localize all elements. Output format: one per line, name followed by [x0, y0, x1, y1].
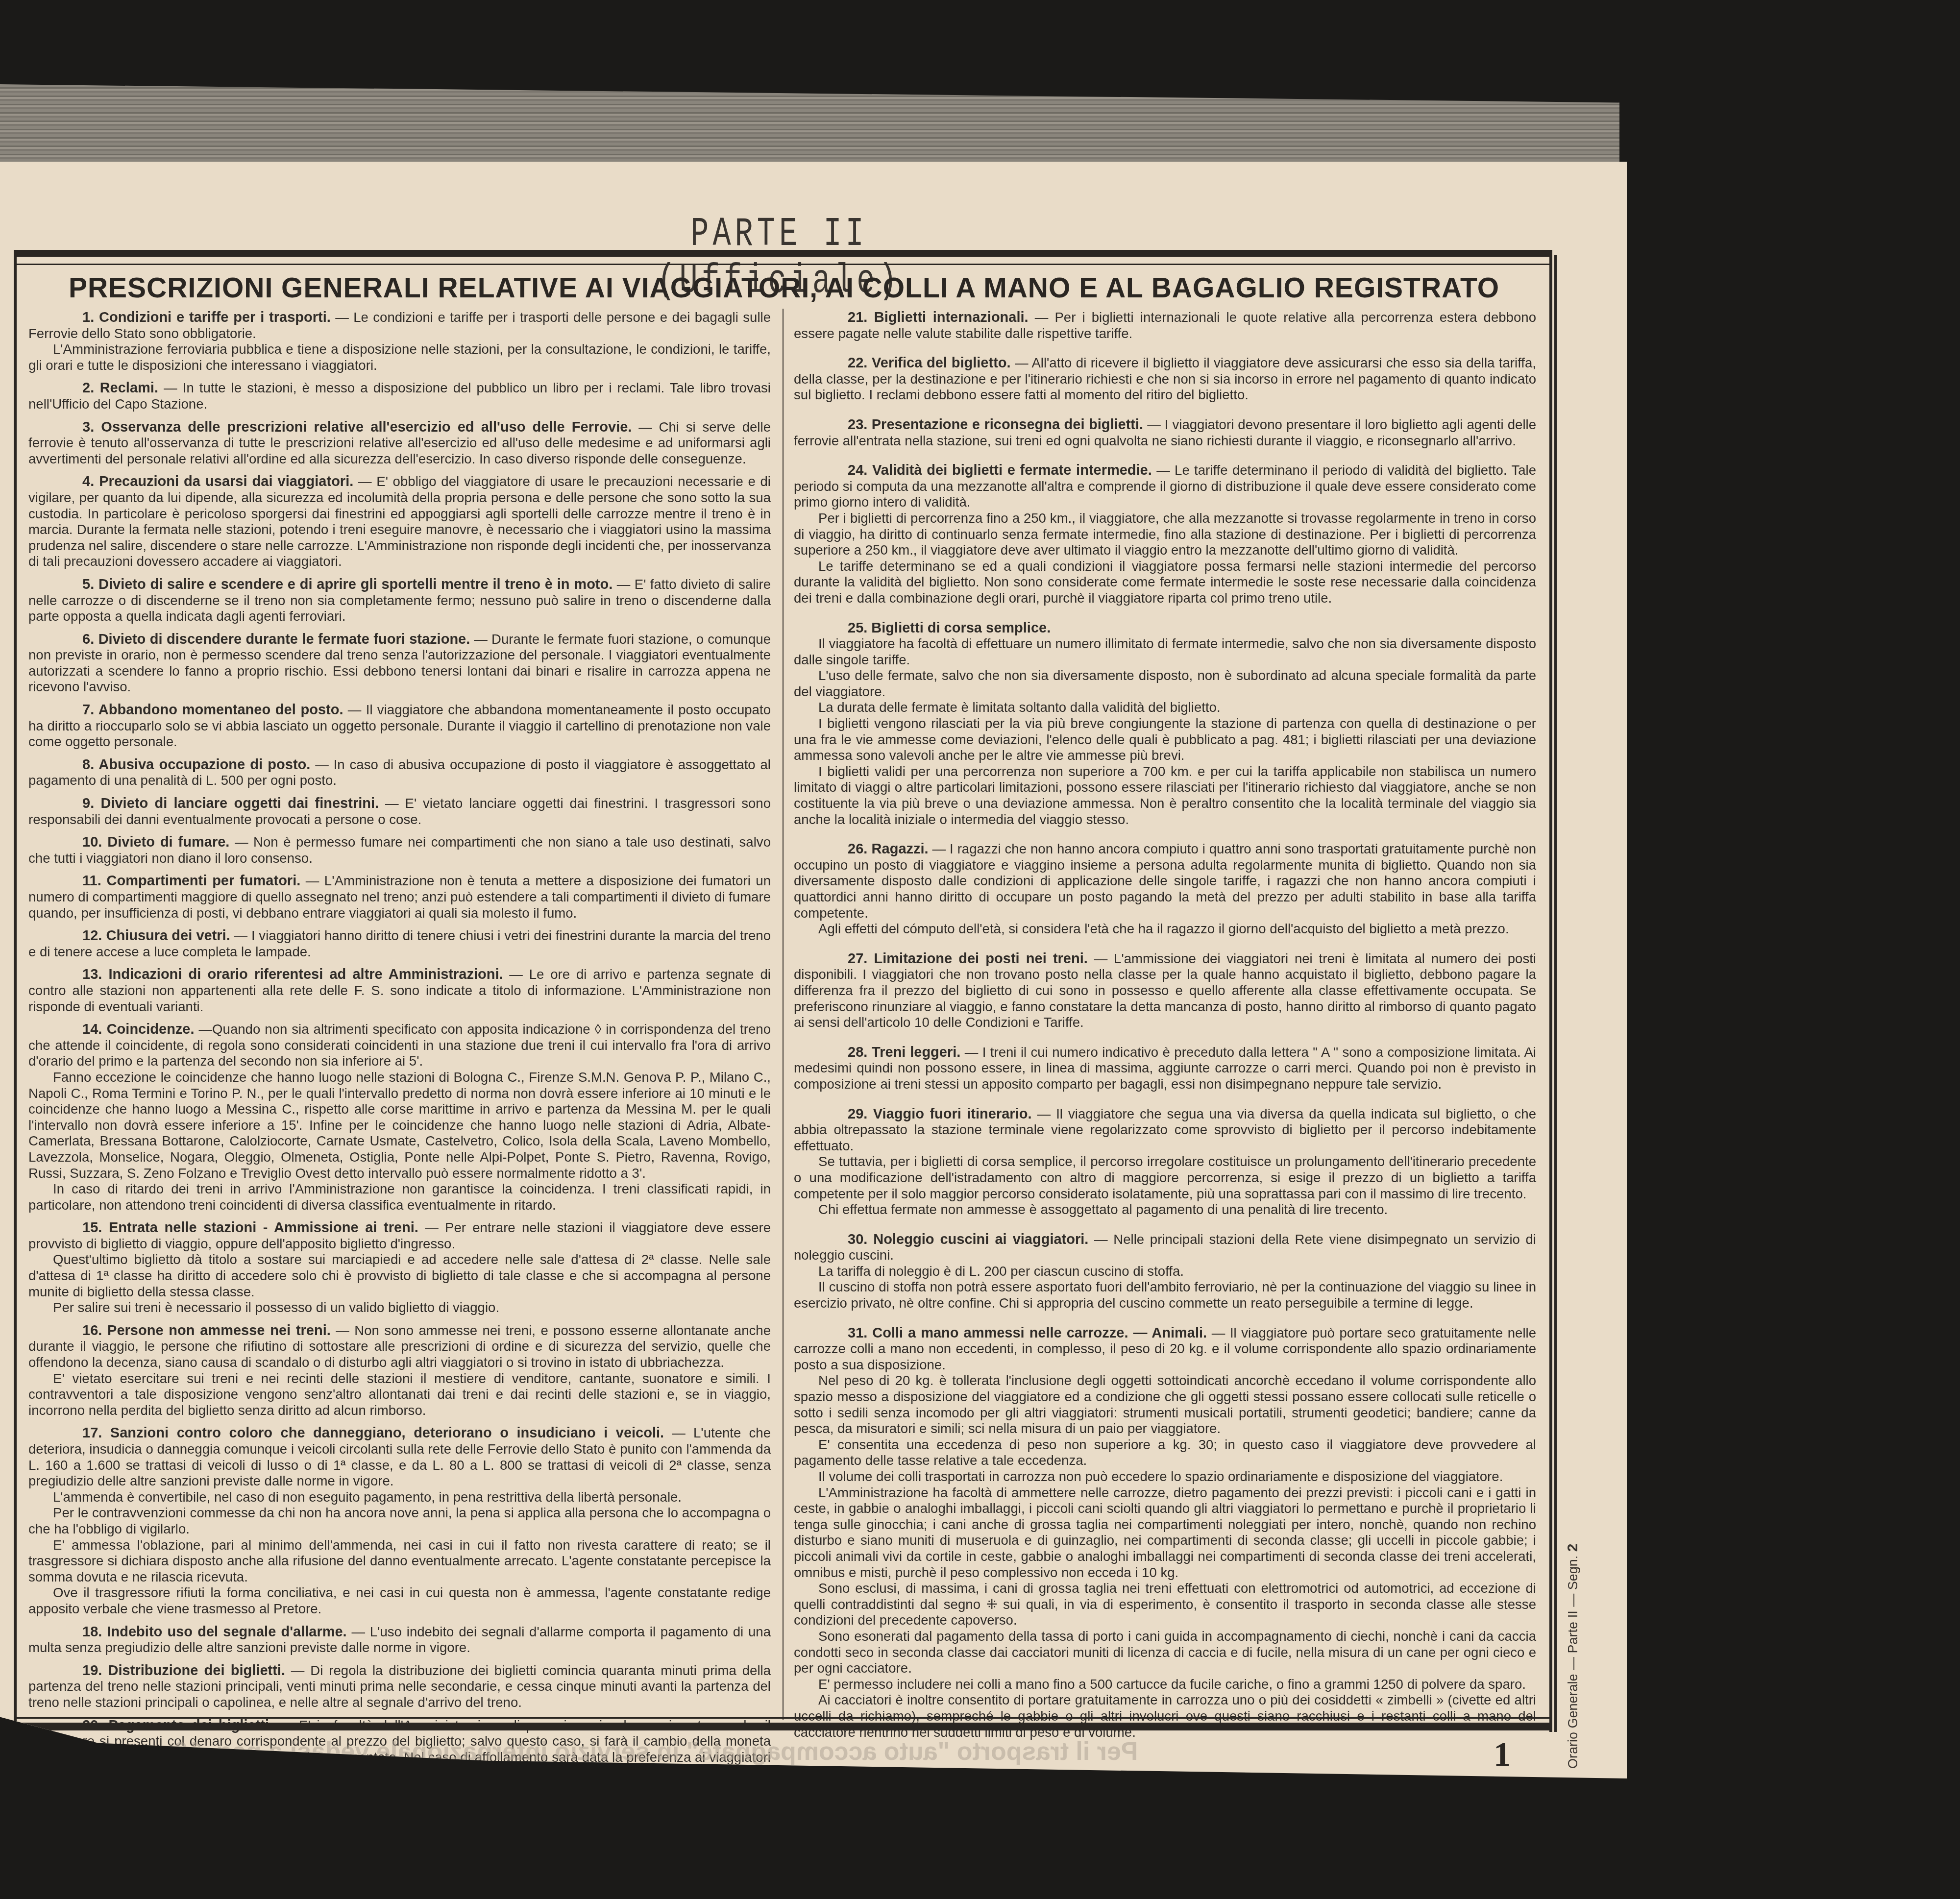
article-title: 21. Biglietti internazionali.: [848, 310, 1029, 325]
article-paragraph: 30. Noleggio cuscini ai viaggiatori. — N…: [794, 1232, 1536, 1264]
article-item: 5. Divieto di salire e scendere e di apr…: [28, 577, 771, 625]
article-item: 7. Abbandono momentaneo del posto. — Il …: [28, 702, 771, 750]
article-title: 14. Coincidenze.: [82, 1022, 195, 1037]
article-paragraph: Se tuttavia, per i biglietti di corsa se…: [794, 1154, 1536, 1202]
article-item: 26. Ragazzi. — I ragazzi che non hanno a…: [794, 841, 1536, 937]
article-item: 17. Sanzioni contro coloro che danneggia…: [28, 1425, 771, 1617]
article-paragraph: 9. Divieto di lanciare oggetti dai fines…: [28, 796, 771, 828]
article-paragraph: 28. Treni leggeri. — I treni il cui nume…: [794, 1045, 1536, 1093]
article-title: 31. Colli a mano ammessi nelle carrozze.…: [848, 1325, 1207, 1341]
article-paragraph: 25. Biglietti di corsa semplice.: [794, 620, 1536, 636]
article-title: 27. Limitazione dei posti nei treni.: [848, 951, 1088, 967]
article-paragraph: 21. Biglietti internazionali. — Per i bi…: [794, 310, 1536, 341]
article-paragraph: L'Amministrazione ferroviaria pubblica e…: [28, 341, 771, 373]
article-title: 9. Divieto di lanciare oggetti dai fines…: [82, 796, 379, 811]
side-signature-label: Orario Generale — Parte II — Segn. 2: [1565, 1544, 1581, 1769]
article-paragraph: 8. Abusiva occupazione di posto. — In ca…: [28, 757, 771, 789]
article-paragraph: E' ammessa l'oblazione, pari al minimo d…: [28, 1537, 771, 1585]
article-item: 23. Presentazione e riconsegna dei bigli…: [794, 417, 1536, 449]
article-item: 3. Osservanza delle prescrizioni relativ…: [28, 419, 771, 467]
article-paragraph: 10. Divieto di fumare. — Non è permesso …: [28, 834, 771, 866]
article-paragraph: 24. Validità dei biglietti e fermate int…: [794, 463, 1536, 511]
article-paragraph: La durata delle fermate è limitata solta…: [794, 700, 1536, 716]
article-item: 27. Limitazione dei posti nei treni. — L…: [794, 951, 1536, 1031]
article-paragraph: 23. Presentazione e riconsegna dei bigli…: [794, 417, 1536, 449]
article-paragraph: L'uso delle fermate, salvo che non sia d…: [794, 668, 1536, 700]
article-paragraph: Per i biglietti di percorrenza fino a 25…: [794, 511, 1536, 559]
article-paragraph: 17. Sanzioni contro coloro che danneggia…: [28, 1425, 771, 1489]
article-paragraph: Agli effetti del cómputo dell'età, si co…: [794, 921, 1536, 937]
page-number: 1: [1494, 1735, 1511, 1775]
article-paragraph: 31. Colli a mano ammessi nelle carrozze.…: [794, 1325, 1536, 1373]
article-title: 6. Divieto di discendere durante le ferm…: [82, 632, 470, 647]
article-paragraph: In caso di ritardo dei treni in arrivo l…: [28, 1181, 771, 1213]
article-paragraph: 3. Osservanza delle prescrizioni relativ…: [28, 419, 771, 467]
article-item: 25. Biglietti di corsa semplice.Il viagg…: [794, 620, 1536, 828]
article-title: 30. Noleggio cuscini ai viaggiatori.: [848, 1232, 1088, 1247]
article-item: 22. Verifica del biglietto. — All'atto d…: [794, 355, 1536, 403]
article-title: 18. Indebito uso del segnale d'allarme.: [82, 1624, 347, 1640]
article-title: 16. Persone non ammesse nei treni.: [82, 1323, 331, 1339]
article-paragraph: L'ammenda è convertibile, nel caso di no…: [28, 1489, 771, 1506]
article-item: 12. Chiusura dei vetri. — I viaggiatori …: [28, 928, 771, 960]
article-title: 22. Verifica del biglietto.: [848, 355, 1011, 371]
article-title: 15. Entrata nelle stazioni - Ammissione …: [82, 1220, 418, 1236]
article-item: 31. Colli a mano ammessi nelle carrozze.…: [794, 1325, 1536, 1740]
article-item: 15. Entrata nelle stazioni - Ammissione …: [28, 1220, 771, 1316]
article-paragraph: 4. Precauzioni da usarsi dai viaggiatori…: [28, 474, 771, 570]
article-title: 24. Validità dei biglietti e fermate int…: [848, 463, 1152, 478]
article-item: 19. Distribuzione dei biglietti. — Di re…: [28, 1663, 771, 1711]
article-title: 11. Compartimenti per fumatori.: [82, 873, 300, 889]
article-title: 4. Precauzioni da usarsi dai viaggiatori…: [82, 474, 353, 489]
main-heading: PRESCRIZIONI GENERALI RELATIVE AI VIAGGI…: [29, 272, 1539, 304]
article-item: 10. Divieto di fumare. — Non è permesso …: [28, 834, 771, 866]
article-paragraph: E' permesso includere nei colli a mano f…: [794, 1677, 1536, 1693]
article-paragraph: Sono esonerati dal pagamento della tassa…: [794, 1629, 1536, 1677]
article-item: 18. Indebito uso del segnale d'allarme. …: [28, 1624, 771, 1656]
article-paragraph: 22. Verifica del biglietto. — All'atto d…: [794, 355, 1536, 403]
side-label-number: 2: [1565, 1544, 1581, 1552]
article-paragraph: I biglietti vengono rilasciati per la vi…: [794, 716, 1536, 764]
article-paragraph: La tariffa di noleggio è di L. 200 per c…: [794, 1264, 1536, 1280]
article-paragraph: 14. Coincidenze. —Quando non sia altrime…: [28, 1022, 771, 1070]
bottom-double-rule: [14, 1717, 1552, 1730]
article-paragraph: 2. Reclami. — In tutte le stazioni, è me…: [28, 380, 771, 412]
article-item: 14. Coincidenze. —Quando non sia altrime…: [28, 1022, 771, 1213]
article-title: 1. Condizioni e tariffe per i trasporti.: [82, 310, 331, 325]
article-title: 19. Distribuzione dei biglietti.: [82, 1663, 285, 1679]
article-title: 8. Abusiva occupazione di posto.: [82, 757, 310, 773]
article-item: 11. Compartimenti per fumatori. — L'Ammi…: [28, 873, 771, 921]
article-paragraph: 27. Limitazione dei posti nei treni. — L…: [794, 951, 1536, 1031]
book-page-stack-edge: [0, 84, 1619, 168]
article-paragraph: 26. Ragazzi. — I ragazzi che non hanno a…: [794, 841, 1536, 921]
article-item: 1. Condizioni e tariffe per i trasporti.…: [28, 310, 771, 373]
article-paragraph: 15. Entrata nelle stazioni - Ammissione …: [28, 1220, 771, 1252]
article-paragraph: Fanno eccezione le coincidenze che hanno…: [28, 1070, 771, 1181]
article-title: 26. Ragazzi.: [848, 841, 929, 857]
side-label-text: Orario Generale — Parte II — Segn.: [1566, 1556, 1580, 1769]
article-paragraph: 19. Distribuzione dei biglietti. — Di re…: [28, 1663, 771, 1711]
article-paragraph: L'Amministrazione ha facoltà di ammetter…: [794, 1485, 1536, 1581]
article-title: 29. Viaggio fuori itinerario.: [848, 1106, 1031, 1122]
article-paragraph: Per salire sui treni è necessario il pos…: [28, 1300, 771, 1316]
article-paragraph: I biglietti validi per una percorrenza n…: [794, 764, 1536, 828]
article-item: 21. Biglietti internazionali. — Per i bi…: [794, 310, 1536, 341]
left-column: 1. Condizioni e tariffe per i trasporti.…: [28, 310, 771, 1788]
article-paragraph: Ove il trasgressore rifiuti la forma con…: [28, 1585, 771, 1617]
article-title: 23. Presentazione e riconsegna dei bigli…: [848, 417, 1143, 433]
article-title: 2. Reclami.: [82, 380, 158, 396]
article-paragraph: Per le contravvenzioni commesse da chi n…: [28, 1505, 771, 1537]
article-paragraph: Il viaggiatore ha facoltà di effettuare …: [794, 636, 1536, 668]
article-paragraph: E' consentita una eccedenza di peso non …: [794, 1437, 1536, 1469]
article-paragraph: 1. Condizioni e tariffe per i trasporti.…: [28, 310, 771, 341]
article-item: 30. Noleggio cuscini ai viaggiatori. — N…: [794, 1232, 1536, 1312]
article-item: 9. Divieto di lanciare oggetti dai fines…: [28, 796, 771, 828]
article-title: 17. Sanzioni contro coloro che danneggia…: [82, 1425, 664, 1441]
article-item: 2. Reclami. — In tutte le stazioni, è me…: [28, 380, 771, 412]
article-paragraph: Le tariffe determinano se ed a quali con…: [794, 559, 1536, 607]
article-paragraph: E' vietato esercitare sui treni e nei re…: [28, 1371, 771, 1419]
article-paragraph: 18. Indebito uso del segnale d'allarme. …: [28, 1624, 771, 1656]
article-item: 28. Treni leggeri. — I treni il cui nume…: [794, 1045, 1536, 1093]
article-item: 6. Divieto di discendere durante le ferm…: [28, 632, 771, 695]
right-column: 21. Biglietti internazionali. — Per i bi…: [794, 310, 1536, 1754]
article-title: 10. Divieto di fumare.: [82, 834, 229, 850]
article-item: 29. Viaggio fuori itinerario. — Il viagg…: [794, 1106, 1536, 1218]
article-title: 13. Indicazioni di orario riferentesi ad…: [82, 967, 503, 982]
article-title: 3. Osservanza delle prescrizioni relativ…: [82, 419, 632, 435]
side-rule: [1554, 255, 1557, 1732]
article-paragraph: 29. Viaggio fuori itinerario. — Il viagg…: [794, 1106, 1536, 1154]
article-title: 7. Abbandono momentaneo del posto.: [82, 702, 343, 718]
article-paragraph: 12. Chiusura dei vetri. — I viaggiatori …: [28, 928, 771, 960]
article-item: 16. Persone non ammesse nei treni. — Non…: [28, 1323, 771, 1419]
article-item: 4. Precauzioni da usarsi dai viaggiatori…: [28, 474, 771, 570]
article-paragraph: Quest'ultimo biglietto dà titolo a sosta…: [28, 1252, 771, 1300]
article-paragraph: 7. Abbandono momentaneo del posto. — Il …: [28, 702, 771, 750]
article-paragraph: 13. Indicazioni di orario riferentesi ad…: [28, 967, 771, 1015]
article-paragraph: Sono esclusi, di massima, i cani di gros…: [794, 1581, 1536, 1629]
article-paragraph: Chi effettua fermate non ammesse è assog…: [794, 1202, 1536, 1218]
article-paragraph: 5. Divieto di salire e scendere e di apr…: [28, 577, 771, 625]
article-paragraph: Nel peso di 20 kg. è tollerata l'inclusi…: [794, 1373, 1536, 1436]
article-paragraph: 11. Compartimenti per fumatori. — L'Ammi…: [28, 873, 771, 921]
bleed-through-text: Per il trasporto "auto accompagnate" in …: [167, 1737, 1138, 1766]
article-paragraph: 6. Divieto di discendere durante le ferm…: [28, 632, 771, 695]
article-item: 8. Abusiva occupazione di posto. — In ca…: [28, 757, 771, 789]
article-title: 5. Divieto di salire e scendere e di apr…: [82, 577, 612, 592]
article-title: 28. Treni leggeri.: [848, 1045, 960, 1060]
article-title: 12. Chiusura dei vetri.: [82, 928, 230, 944]
article-paragraph: 16. Persone non ammesse nei treni. — Non…: [28, 1323, 771, 1371]
article-title: 25. Biglietti di corsa semplice.: [848, 620, 1051, 636]
article-paragraph: Ai cacciatori è inoltre consentito di po…: [794, 1692, 1536, 1740]
article-paragraph: Il volume dei colli trasportati in carro…: [794, 1469, 1536, 1485]
article-item: 24. Validità dei biglietti e fermate int…: [794, 463, 1536, 606]
column-divider: [783, 309, 784, 1720]
document-page: PARTE II (Ufficiale) PRESCRIZIONI GENERA…: [0, 162, 1627, 1778]
article-item: 13. Indicazioni di orario riferentesi ad…: [28, 967, 771, 1015]
article-paragraph: Il cuscino di stoffa non potrà essere as…: [794, 1279, 1536, 1311]
